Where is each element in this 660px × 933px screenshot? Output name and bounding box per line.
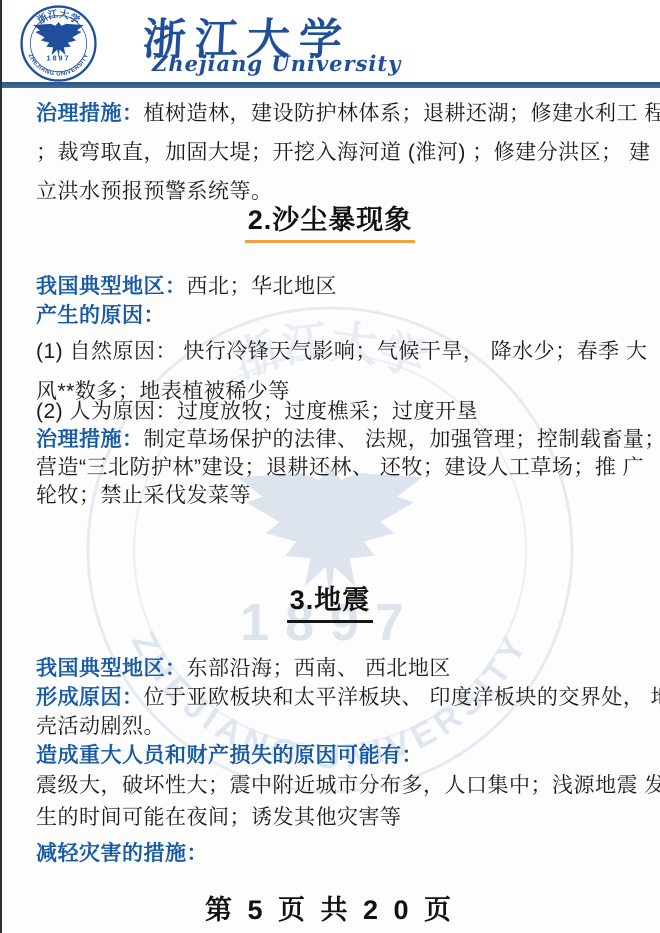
- text-line: 我国典型地区：东部沿海；西南、 西北地区: [36, 654, 632, 683]
- earthquake-loss-paragraph: 震级大，破坏性大；震中附近城市分布多，人口集中；浅源地震 发 生的时间可能在夜间…: [36, 770, 632, 834]
- formation-text: 位于亚欧板块和太平洋板块、 印度洋板块的交界处， 地: [144, 686, 660, 709]
- flood-measures-text: 植树造林，建设防护林体系；退耕还湖；修建水利工 程: [144, 102, 660, 125]
- earthquake-region-block: 我国典型地区：东部沿海；西南、 西北地区 形成原因：位于亚欧板块和太平洋板块、 …: [36, 654, 632, 770]
- region-text: 西北；华北地区: [187, 275, 338, 298]
- eagle-icon: [33, 22, 84, 57]
- left-edge-strip: [0, 0, 2, 933]
- flood-measures-label: 治理措施：: [36, 102, 144, 125]
- sandstorm-human-and-measures: (2) 人为原因：过度放牧；过度樵采；过度开垦 治理措施：制定草场保护的法律、 …: [36, 398, 632, 510]
- earthquake-mitigation-block: 减轻灾害的措施：: [36, 840, 632, 868]
- document-page: 1897 浙江大学 ZHEJIANG UNIVERSITY 浙江大学 Zheji…: [0, 0, 660, 933]
- text-line: 轮牧；禁止采伐发菜等: [36, 482, 632, 510]
- page-header: 1897 浙江大学 ZHEJIANG UNIVERSITY 浙江大学 Zheji…: [0, 0, 660, 82]
- text-line: 产生的原因：: [36, 301, 632, 330]
- text-line: (1) 自然原因： 快行冷锋天气影响；气候干旱， 降水少；春季 大: [36, 332, 632, 372]
- text-line: (2) 人为原因：过度放牧；过度樵采；过度开垦: [36, 398, 632, 426]
- text-line: 营造“三北防护林”建设；退耕还林、 还牧；建设人工草场；推 广: [36, 454, 632, 482]
- text-line: 减轻灾害的措施：: [36, 840, 632, 868]
- section-3-heading: 3.地震: [287, 578, 374, 623]
- cause-label: 产生的原因：: [36, 304, 165, 327]
- text-line: 我国典型地区：西北；华北地区: [36, 272, 632, 301]
- text-line: 形成原因：位于亚欧板块和太平洋板块、 印度洋板块的交界处， 地: [36, 683, 632, 712]
- formation-label: 形成原因：: [36, 686, 144, 709]
- university-name-en: Zhejiang University: [152, 51, 401, 76]
- text-line: 震级大，破坏性大；震中附近城市分布多，人口集中；浅源地震 发: [36, 770, 632, 802]
- measures-label: 治理措施：: [36, 428, 144, 451]
- page-number: 第 5 页 共 2 0 页: [0, 888, 660, 927]
- text-line: 壳活动剧烈。: [36, 712, 632, 741]
- mitigation-label: 减轻灾害的措施：: [36, 842, 208, 865]
- text-line: 造成重大人员和财产损失的原因可能有：: [36, 741, 632, 770]
- flood-measures-paragraph: 治理措施：植树造林，建设防护林体系；退耕还湖；修建水利工 程 ；裁弯取直，加固大…: [36, 94, 632, 211]
- region-label: 我国典型地区：: [36, 657, 187, 680]
- university-seal-logo: 1897 浙江大学 ZHEJIANG UNIVERSITY: [20, 5, 97, 82]
- text-line: 生的时间可能在夜间；诱发其他灾害等: [36, 802, 632, 834]
- text-line: ；裁弯取直，加固大堤；开挖入海河道 (淮河) ；修建分洪区； 建: [36, 133, 632, 172]
- header-divider: [0, 82, 660, 88]
- region-label: 我国典型地区：: [36, 275, 187, 298]
- sandstorm-region-block: 我国典型地区：西北；华北地区 产生的原因：: [36, 272, 632, 330]
- text-line: 治理措施：制定草场保护的法律、 法规，加强管理；控制载畜量；: [36, 426, 632, 454]
- section-2-heading-wrap: 2.沙尘暴现象: [0, 198, 660, 243]
- region-text: 东部沿海；西南、 西北地区: [187, 657, 451, 680]
- seal-year: 1897: [47, 53, 71, 62]
- loss-label: 造成重大人员和财产损失的原因可能有：: [36, 744, 423, 767]
- measures-text: 制定草场保护的法律、 法规，加强管理；控制载畜量；: [144, 428, 660, 451]
- section-3-heading-wrap: 3.地震: [0, 578, 660, 623]
- text-line: 治理措施：植树造林，建设防护林体系；退耕还湖；修建水利工 程: [36, 94, 632, 133]
- section-2-heading: 2.沙尘暴现象: [245, 198, 416, 243]
